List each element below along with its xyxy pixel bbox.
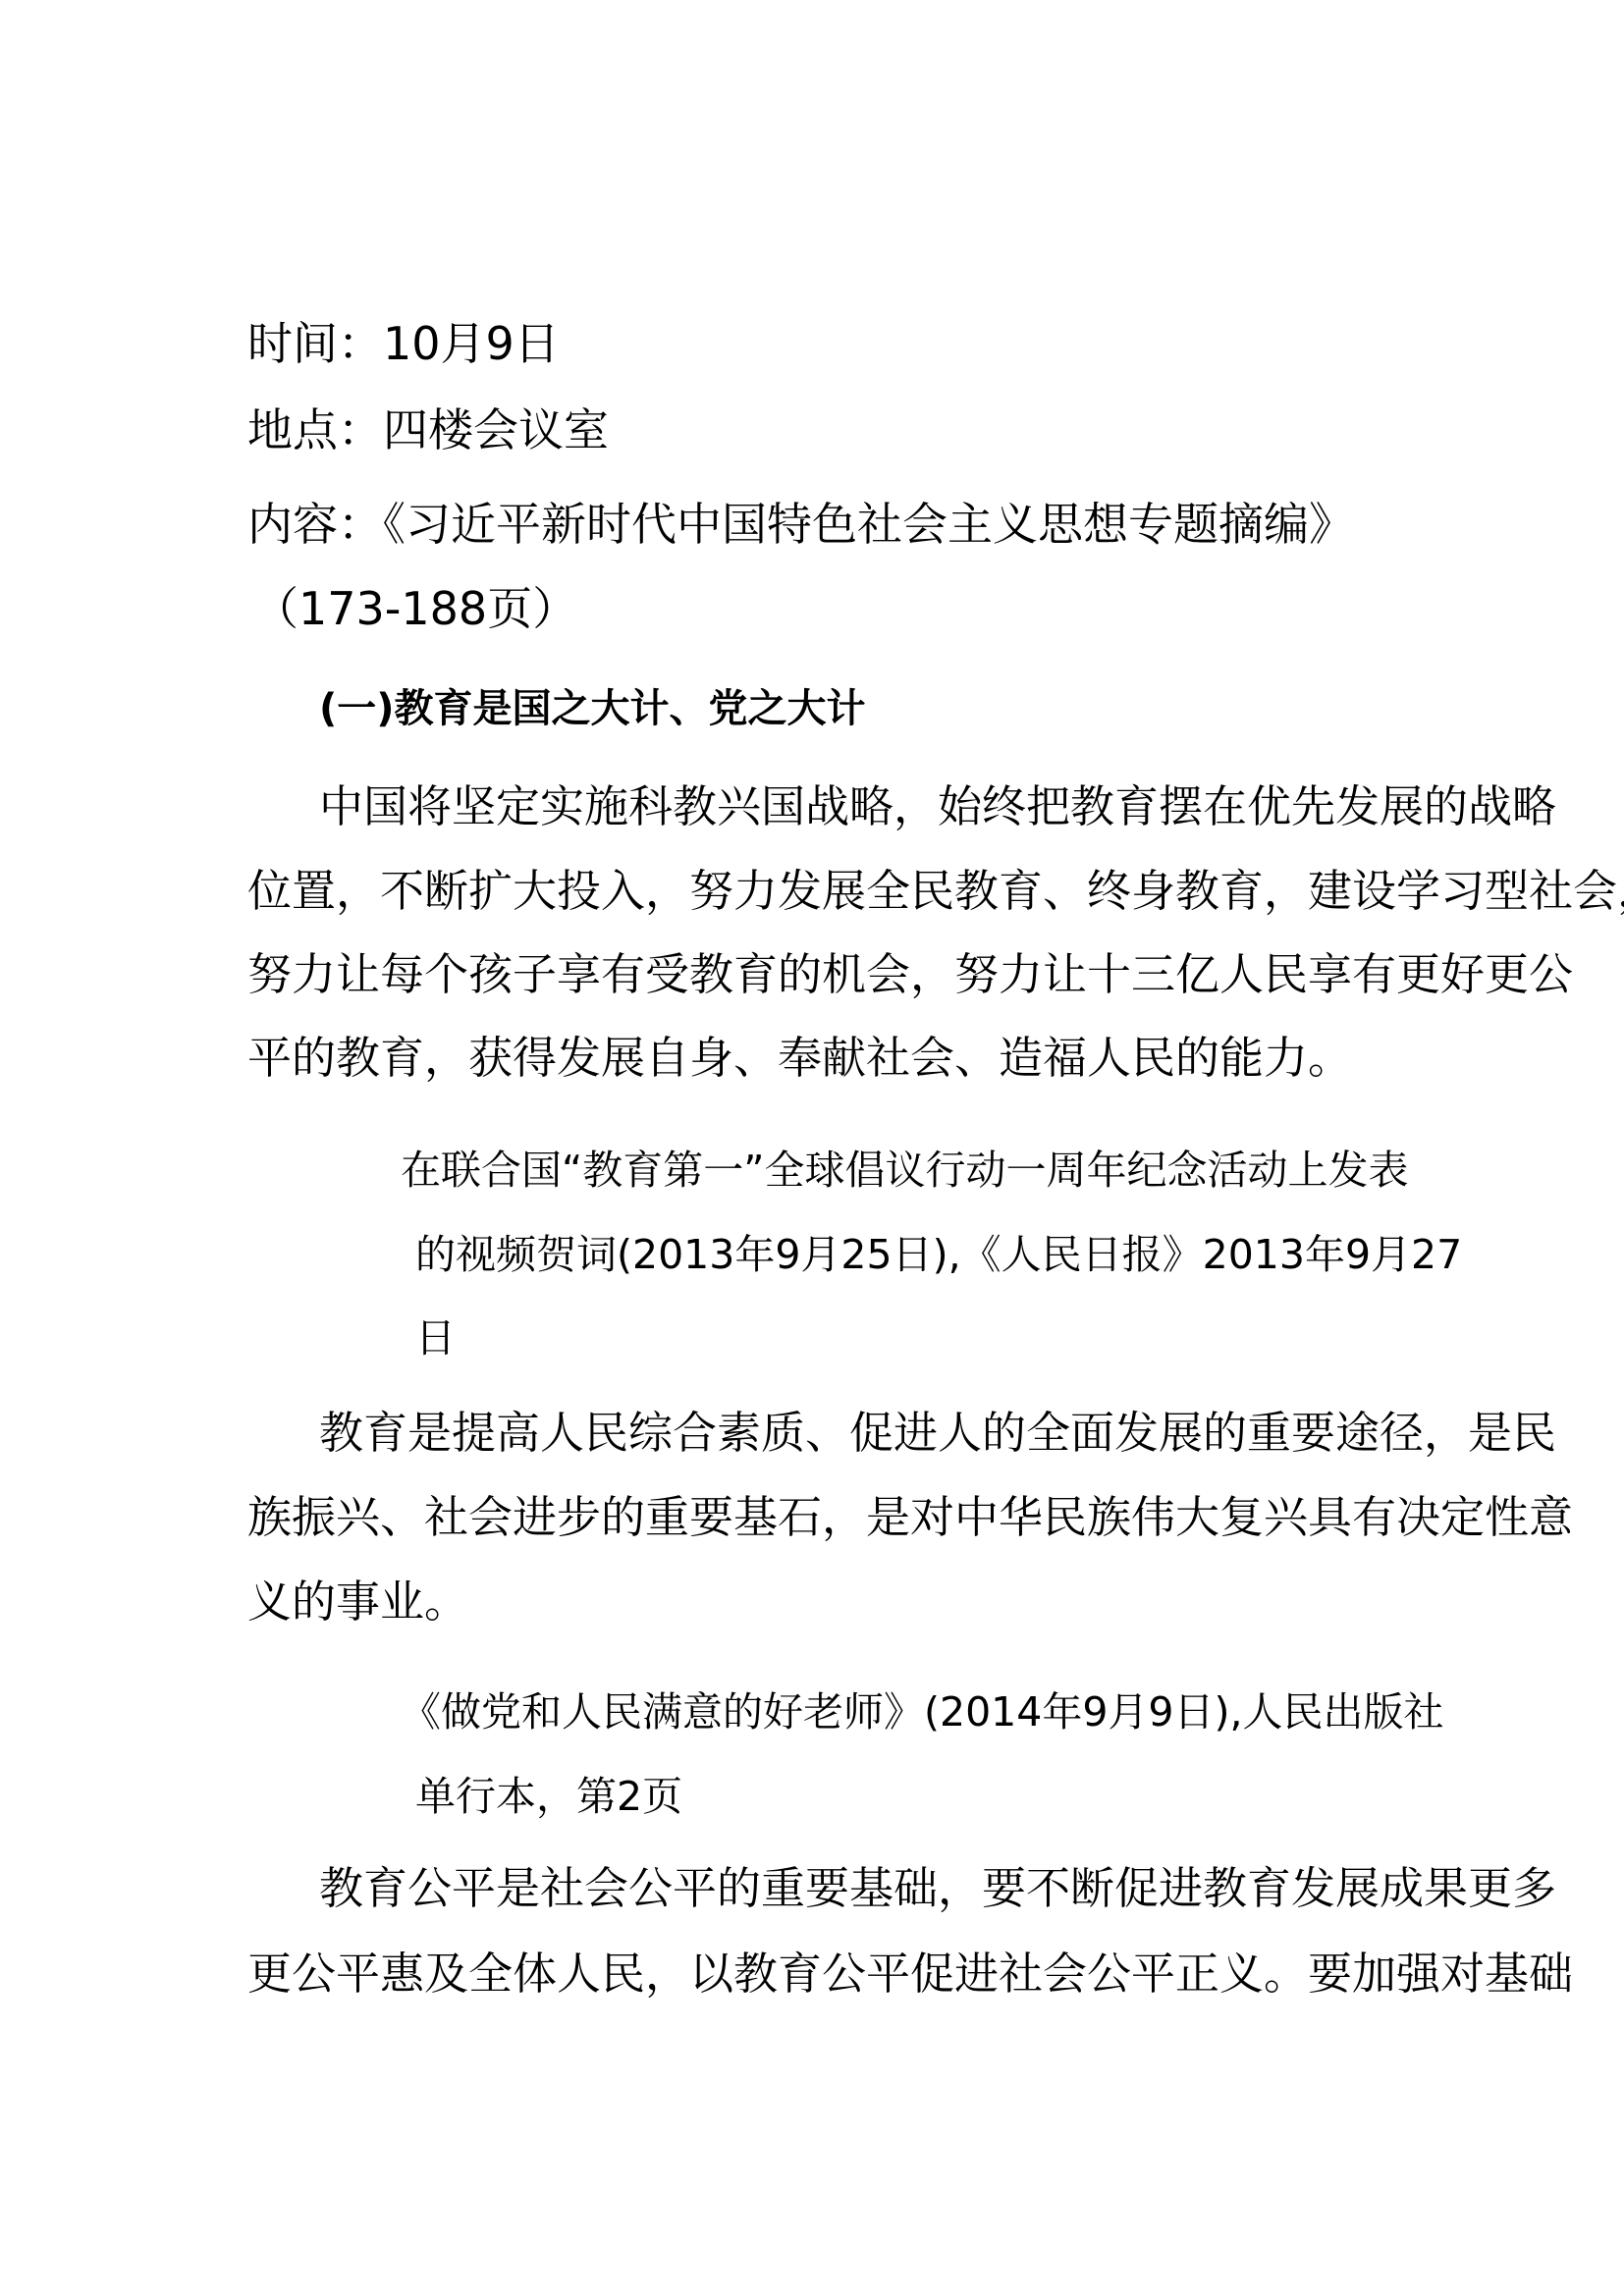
citation-1-line-1: 在联合国“教育第一”全球倡议行动一周年纪念活动上发表 [401, 1141, 1378, 1200]
time-label: 时间： [247, 317, 383, 370]
time-value: 10月9日 [383, 317, 560, 370]
paragraph-1-line-2: 位置，不断扩大投入，努力发展全民教育、终身教育，建设学习型社会， [247, 862, 1381, 921]
paragraph-3-line-2: 更公平惠及全体人民，以教育公平促进社会公平正义。要加强对基础 [247, 1945, 1381, 2003]
citation-1-line-3: 日 [415, 1308, 1392, 1367]
content-value: 《习近平新时代中国特色社会主义思想专题摘编》 [383, 498, 1354, 551]
content-label: 内容： [247, 498, 383, 551]
place-value: 四楼会议室 [383, 403, 609, 456]
section-heading: (一)教育是国之大计、党之大计 [319, 679, 866, 738]
meeting-content: 内容：《习近平新时代中国特色社会主义思想专题摘编》 [247, 495, 1354, 554]
citation-2-line-1: 《做党和人民满意的好老师》(2014年9月9日),人民出版社 [401, 1682, 1382, 1741]
place-label: 地点： [247, 403, 383, 456]
paragraph-2-line-1: 教育是提高人民综合素质、促进人的全面发展的重要途径，是民 [319, 1404, 1380, 1463]
paragraph-2-line-3: 义的事业。 [247, 1573, 1381, 1631]
content-pages: （173-188页） [253, 579, 577, 638]
paragraph-3-line-1: 教育公平是社会公平的重要基础，要不断促进教育发展成果更多 [319, 1859, 1380, 1918]
citation-1-line-2: 的视频贺词(2013年9月25日),《人民日报》2013年9月27 [415, 1225, 1382, 1284]
meeting-time: 时间：10月9日 [247, 314, 560, 373]
paragraph-1-line-3: 努力让每个孩子享有受教育的机会，努力让十三亿人民享有更好更公 [247, 945, 1381, 1004]
paragraph-1-line-1: 中国将坚定实施科教兴国战略，始终把教育摆在优先发展的战略 [319, 777, 1380, 836]
paragraph-2-line-2: 族振兴、社会进步的重要基石，是对中华民族伟大复兴具有决定性意 [247, 1488, 1381, 1547]
meeting-place: 地点：四楼会议室 [247, 400, 609, 459]
paragraph-1-line-4: 平的教育，获得发展自身、奉献社会、造福人民的能力。 [247, 1029, 1381, 1088]
citation-2-line-2: 单行本，第2页 [415, 1767, 1392, 1826]
